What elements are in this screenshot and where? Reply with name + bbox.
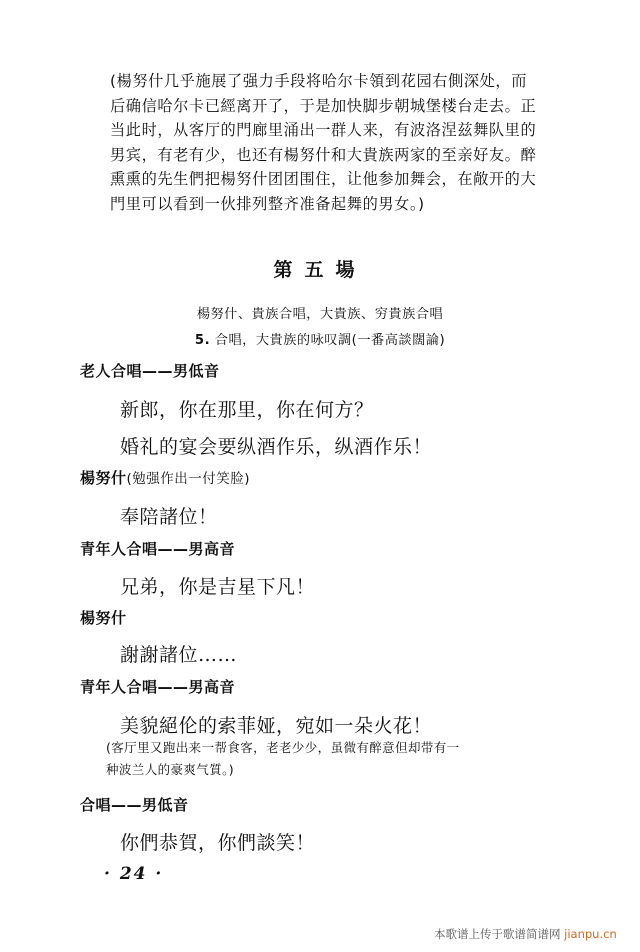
lyric-line: 你們恭賀，你們談笑！: [120, 828, 315, 855]
watermark: 本歌谱上传于歌谱简谱网 jianpu.cn: [434, 926, 617, 942]
number-title-text: 合唱，大貴族的咏叹調(一番高談闊論): [215, 333, 445, 348]
speaker-label: 老人合唱——男低音: [80, 360, 220, 381]
speaker-name: 楊努什: [80, 609, 127, 627]
stage-direction-line: (楊努什几乎施展了强力手段将哈尔卡領到花园右側深处，而: [110, 69, 550, 94]
speaker-label: 楊努什: [80, 607, 127, 628]
number-title: 5. 合唱，大貴族的咏叹調(一番高談闊論): [0, 329, 640, 348]
scene-roles: 楊努什、貴族合唱，大貴族、穷貴族合唱: [0, 303, 640, 322]
stage-direction-line: 門里可以看到一伙排列整齐准备起舞的男女。): [110, 192, 550, 217]
watermark-site: jianpu.cn: [564, 927, 617, 941]
speaker-name: 青年人合唱——男高音: [80, 678, 235, 696]
speaker-label: 青年人合唱——男高音: [80, 676, 235, 697]
speaker-name: 楊努什: [80, 469, 127, 487]
scene-title: 第五場: [0, 255, 640, 282]
stage-direction-line: 当此时，从客厅的門廊里涌出一群人来，有波洛涅兹舞队里的: [110, 118, 550, 143]
stage-direction-line: (客厅里又跑出来一帮食客，老老少少，虽微有醉意但却带有一: [106, 737, 546, 759]
stage-direction-line: 熏熏的先生們把楊努什团团围住，让他参加舞会，在敞开的大: [110, 167, 550, 192]
number-index: 5.: [195, 333, 210, 348]
speaker-label: 楊努什(勉强作出一付笑脸): [80, 467, 250, 488]
score-page: (楊努什几乎施展了强力手段将哈尔卡領到花园右側深处，而 后确信哈尔卡已經离开了，…: [0, 0, 640, 952]
speaker-label: 合唱——男低音: [80, 794, 189, 815]
speaker-name: 老人合唱——男低音: [80, 362, 220, 380]
speaker-label: 青年人合唱——男高音: [80, 538, 235, 559]
intro-stage-direction: (楊努什几乎施展了强力手段将哈尔卡領到花园右側深处，而 后确信哈尔卡已經离开了，…: [110, 69, 550, 217]
stage-direction-line: 种波兰人的豪爽气質。): [106, 759, 546, 781]
lyric-line: 婚礼的宴会要纵酒作乐，纵酒作乐！: [120, 432, 432, 459]
lyric-line: 新郎，你在那里，你在何方？: [120, 395, 374, 422]
lyric-line: 謝謝諸位……: [120, 640, 237, 667]
lyric-line: 奉陪諸位！: [120, 502, 218, 529]
speaker-name: 青年人合唱——男高音: [80, 540, 235, 558]
inline-stage-direction: (客厅里又跑出来一帮食客，老老少少，虽微有醉意但却带有一 种波兰人的豪爽气質。): [106, 737, 546, 781]
page-number: · 24 ·: [104, 864, 163, 884]
speaker-note: (勉强作出一付笑脸): [127, 471, 251, 487]
speaker-name: 合唱——男低音: [80, 796, 189, 814]
lyric-line: 兄弟，你是吉星下凡！: [120, 572, 315, 599]
lyric-line: 美貌絕伦的索菲娅，宛如一朵火花！: [120, 711, 432, 738]
watermark-text: 本歌谱上传于歌谱简谱网: [434, 927, 561, 941]
stage-direction-line: 男宾，有老有少，也还有楊努什和大貴族两家的至亲好友。醉: [110, 143, 550, 168]
stage-direction-line: 后确信哈尔卡已經离开了，于是加快脚步朝城堡楼台走去。正: [110, 94, 550, 119]
